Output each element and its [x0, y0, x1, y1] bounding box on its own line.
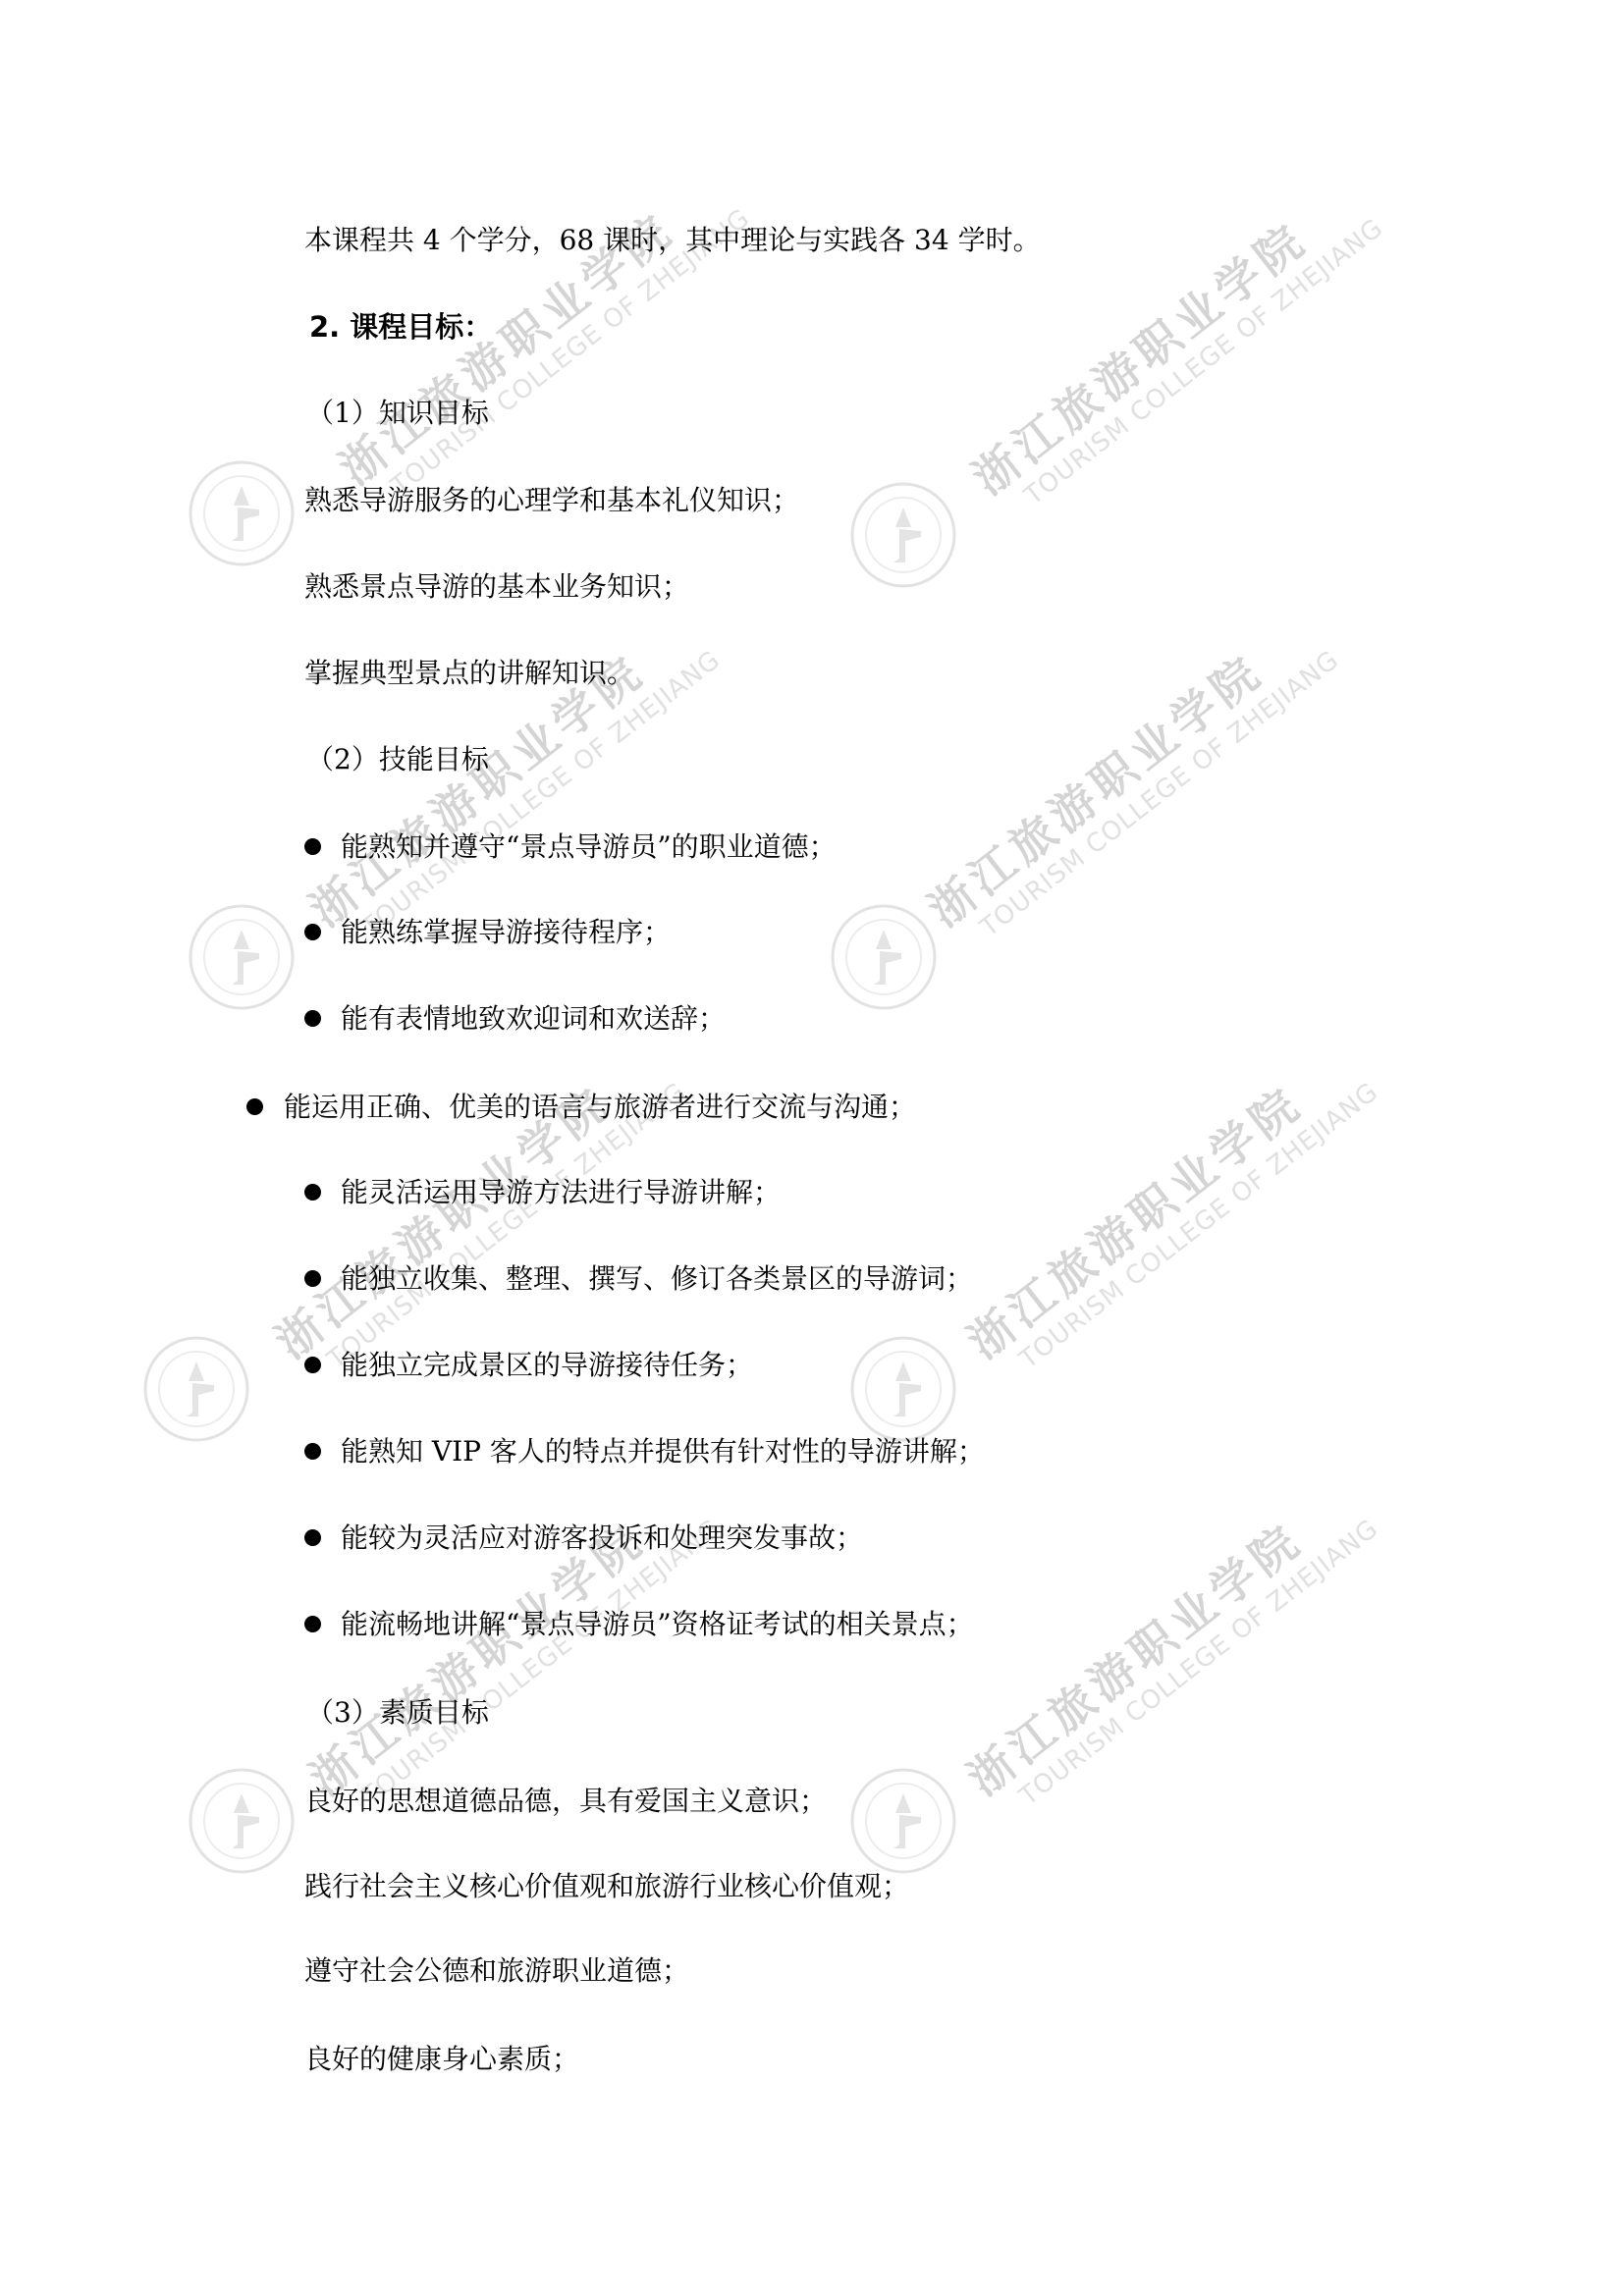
- bullet-text: 能流畅地讲解“景点导游员”资格证考试的相关景点；: [341, 1607, 974, 1642]
- bullet-text: 能较为灵活应对游客投诉和处理突发事故；: [341, 1521, 863, 1556]
- bullet-icon: [304, 1529, 321, 1546]
- college-seal-icon: [187, 458, 297, 568]
- skill-goals-title: （2）技能目标: [306, 742, 489, 777]
- bullet-icon: [246, 1098, 263, 1115]
- knowledge-item: 熟悉景点导游的基本业务知识；: [304, 569, 689, 605]
- document-page: 浙江旅游职业学院TOURISM COLLEGE OF ZHEJIANG 浙江旅游…: [0, 0, 1623, 2296]
- college-seal-icon: [187, 902, 297, 1012]
- quality-item: 良好的思想道德品德，具有爱国主义意识；: [304, 1784, 827, 1819]
- quality-item: 遵守社会公德和旅游职业道德；: [304, 1953, 689, 1989]
- bullet-icon: [304, 924, 321, 940]
- college-seal-icon: [848, 480, 958, 590]
- quality-goals-title: （3）素质目标: [306, 1695, 489, 1731]
- bullet-icon: [304, 1270, 321, 1287]
- bullet-text: 能熟练掌握导游接待程序；: [341, 915, 671, 950]
- bullet-icon: [304, 838, 321, 855]
- knowledge-item: 熟悉导游服务的心理学和基本礼仪知识；: [304, 483, 799, 518]
- knowledge-item: 掌握典型景点的讲解知识。: [304, 656, 634, 691]
- bullet-icon: [304, 1184, 321, 1201]
- watermark-text: 浙江旅游职业学院TOURISM COLLEGE OF ZHEJIANG: [295, 1465, 727, 1830]
- bullet-text: 能熟知 VIP 客人的特点并提供有针对性的导游讲解；: [341, 1434, 985, 1469]
- watermark-text: 浙江旅游职业学院TOURISM COLLEGE OF ZHEJIANG: [295, 596, 727, 961]
- watermark-text: 浙江旅游职业学院TOURISM COLLEGE OF ZHEJIANG: [952, 1028, 1384, 1393]
- watermark-layer: 浙江旅游职业学院TOURISM COLLEGE OF ZHEJIANG 浙江旅游…: [0, 0, 1623, 2296]
- college-seal-icon: [187, 1766, 297, 1876]
- course-hours-paragraph: 本课程共 4 个学分，68 课时，其中理论与实践各 34 学时。: [304, 223, 1041, 258]
- bullet-icon: [304, 1616, 321, 1632]
- bullet-icon: [304, 1010, 321, 1027]
- college-seal-icon: [141, 1334, 251, 1444]
- quality-item: 良好的健康身心素质；: [304, 2042, 579, 2077]
- bullet-text: 能运用正确、优美的语言与旅游者进行交流与沟通；: [284, 1090, 916, 1125]
- bullet-text: 能有表情地致欢迎词和欢送辞；: [341, 1001, 726, 1037]
- college-seal-icon: [848, 1334, 958, 1444]
- watermark-text: 浙江旅游职业学院TOURISM COLLEGE OF ZHEJIANG: [952, 1465, 1384, 1830]
- watermark-text: 浙江旅游职业学院TOURISM COLLEGE OF ZHEJIANG: [913, 596, 1345, 961]
- college-seal-icon: [848, 1766, 958, 1876]
- bullet-text: 能独立完成景区的导游接待任务；: [341, 1348, 753, 1383]
- section-heading: 2. 课程目标：: [309, 309, 492, 345]
- bullet-text: 能熟知并遵守“景点导游员”的职业道德；: [341, 829, 837, 865]
- college-seal-icon: [829, 902, 939, 1012]
- watermark-text: 浙江旅游职业学院TOURISM COLLEGE OF ZHEJIANG: [957, 164, 1389, 529]
- bullet-icon: [304, 1443, 321, 1460]
- bullet-text: 能独立收集、整理、撰写、修订各类景区的导游词；: [341, 1261, 973, 1297]
- bullet-text: 能灵活运用导游方法进行导游讲解；: [341, 1175, 781, 1210]
- quality-item: 践行社会主义核心价值观和旅游行业核心价值观；: [304, 1869, 909, 1904]
- knowledge-goals-title: （1）知识目标: [306, 396, 489, 431]
- bullet-icon: [304, 1357, 321, 1373]
